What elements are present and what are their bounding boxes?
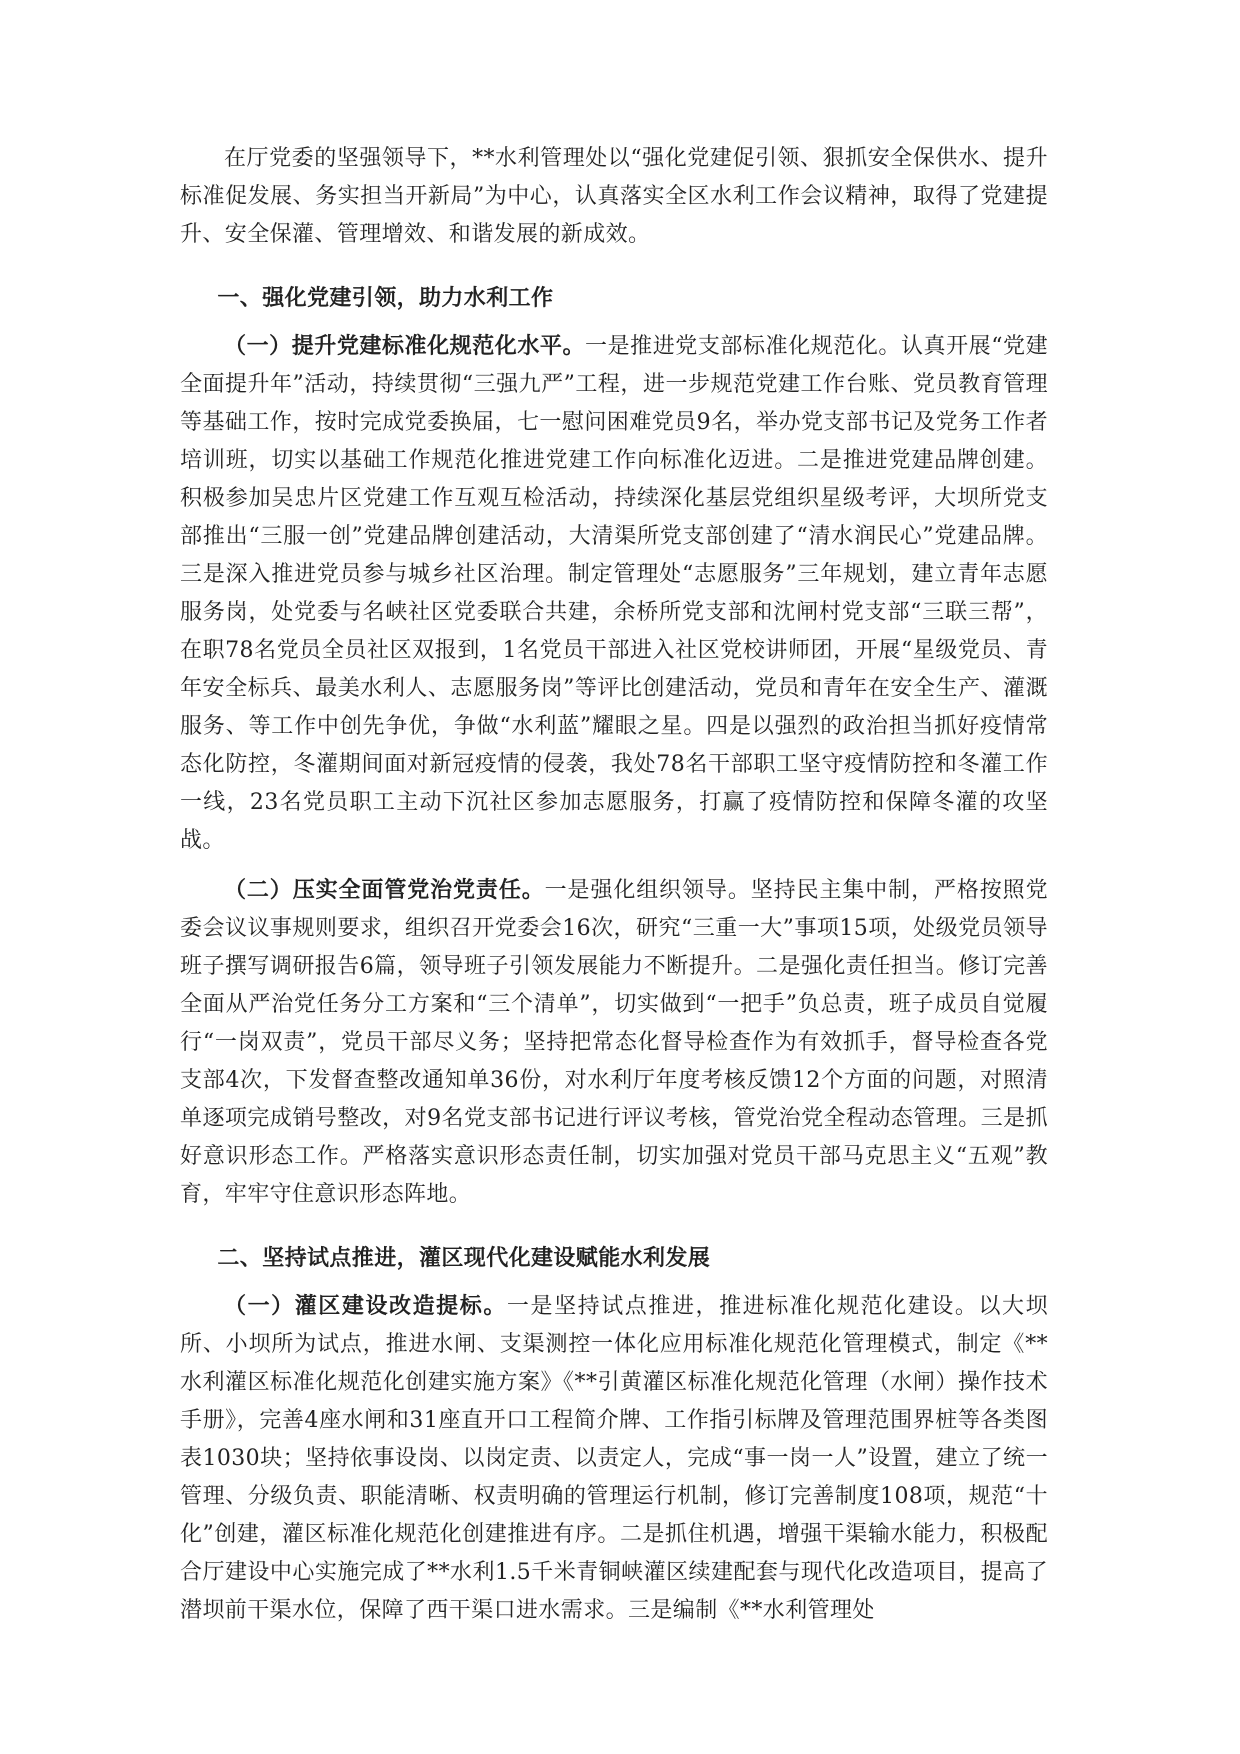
subsection-title: （一）提升党建标准化规范化水平。 <box>224 334 585 359</box>
subsection-2-1: （一）灌区建设改造提标。一是坚持试点推进，推进标准化规范化建设。以大坝所、小坝所… <box>180 1288 1048 1630</box>
subsection-body: 一是强化组织领导。坚持民主集中制，严格按照党委会议议事规则要求，组织召开党委会1… <box>180 878 1048 1207</box>
subsection-1-2: （二）压实全面管党治党责任。一是强化组织领导。坚持民主集中制，严格按照党委会议议… <box>180 872 1048 1214</box>
section-heading-1: 一、强化党建引领，助力水利工作 <box>180 280 1048 318</box>
intro-paragraph: 在厅党委的坚强领导下，**水利管理处以“强化党建促引领、狠抓安全保供水、提升标准… <box>180 140 1048 254</box>
subsection-title: （二）压实全面管党治党责任。 <box>224 878 545 903</box>
section-heading-2: 二、坚持试点推进，灌区现代化建设赋能水利发展 <box>180 1240 1048 1278</box>
document-page: 在厅党委的坚强领导下，**水利管理处以“强化党建促引领、狠抓安全保供水、提升标准… <box>180 140 1048 1630</box>
subsection-1-1: （一）提升党建标准化规范化水平。一是推进党支部标准化规范化。认真开展“党建全面提… <box>180 328 1048 860</box>
subsection-body: 一是推进党支部标准化规范化。认真开展“党建全面提升年”活动，持续贯彻“三强九严”… <box>180 334 1048 853</box>
subsection-title: （一）灌区建设改造提标。 <box>224 1294 507 1319</box>
subsection-body: 一是坚持试点推进，推进标准化规范化建设。以大坝所、小坝所为试点，推进水闸、支渠测… <box>180 1294 1048 1623</box>
